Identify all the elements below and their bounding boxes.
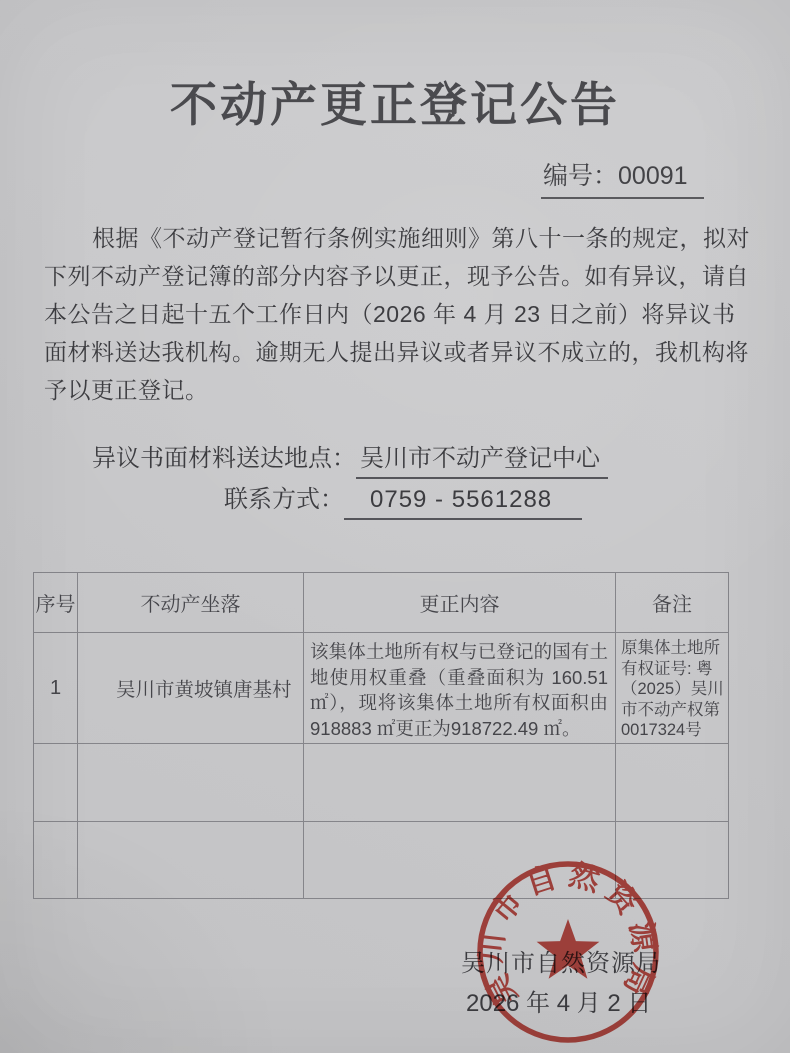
column-header-location: 不动产坐落 — [78, 573, 304, 633]
cell-location: 吴川市黄坡镇唐基村 — [78, 633, 304, 744]
table-header-row: 序号 不动产坐落 更正内容 备注 — [34, 573, 729, 633]
delivery-address-value: 吴川市不动产登记中心 — [356, 438, 608, 479]
paragraph-line: 下列不动产登记簿的部分内容予以更正，现予公告。如有异议，请自 — [44, 257, 750, 295]
page-title: 不动产更正登记公告 — [0, 68, 790, 135]
paragraph-line: 面材料送达我机构。逾期无人提出异议或者异议不成立的，我机构将 — [44, 333, 750, 371]
contact-label: 联系方式： — [224, 486, 344, 513]
announcement-document-photo: 不动产更正登记公告 编号：00091 根据《不动产登记暂行条例实施细则》第八十一… — [0, 0, 790, 1053]
cell-correction: 该集体土地所有权与已登记的国有土地使用权重叠（重叠面积为 160.51 ㎡），现… — [304, 633, 616, 744]
star-icon — [537, 919, 600, 979]
doc-number-value: 00091 — [618, 162, 688, 190]
table-row-empty — [34, 744, 729, 822]
cell-seq — [34, 744, 78, 822]
official-seal: 吴川市自然资源局 — [468, 852, 668, 1052]
delivery-address-line: 异议书面材料送达地点：吴川市不动产登记中心 — [92, 438, 608, 479]
doc-number: 编号：00091 — [541, 156, 704, 199]
table-row: 1 吴川市黄坡镇唐基村 该集体土地所有权与已登记的国有土地使用权重叠（重叠面积为… — [34, 633, 729, 744]
cell-seq: 1 — [34, 633, 78, 744]
contact-line: 联系方式：0759 - 5561288 — [224, 479, 582, 520]
correction-table: 序号 不动产坐落 更正内容 备注 1 吴川市黄坡镇唐基村 该集体土地所有权与已登… — [33, 572, 729, 899]
paragraph-line: 根据《不动产登记暂行条例实施细则》第八十一条的规定，拟对 — [44, 219, 750, 257]
contact-value: 0759 - 5561288 — [344, 486, 582, 520]
paragraph-line: 予以更正登记。 — [44, 371, 750, 409]
cell-remark: 原集体土地所有权证号: 粤（2025）吴川市不动产权第0017324号 — [616, 633, 729, 744]
column-header-correction: 更正内容 — [304, 573, 616, 633]
doc-number-label: 编号： — [543, 162, 618, 190]
cell-remark — [616, 744, 729, 822]
paragraph-line: 本公告之日起十五个工作日内（2026 年 4 月 23 日之前）将异议书 — [44, 295, 750, 333]
column-header-remark: 备注 — [616, 573, 729, 633]
cell-correction — [304, 744, 616, 822]
cell-location — [78, 822, 304, 899]
delivery-address-label: 异议书面材料送达地点： — [92, 445, 356, 472]
cell-seq — [34, 822, 78, 899]
column-header-seq: 序号 — [34, 573, 78, 633]
cell-location — [78, 744, 304, 822]
body-paragraph: 根据《不动产登记暂行条例实施细则》第八十一条的规定，拟对 下列不动产登记簿的部分… — [44, 219, 750, 409]
